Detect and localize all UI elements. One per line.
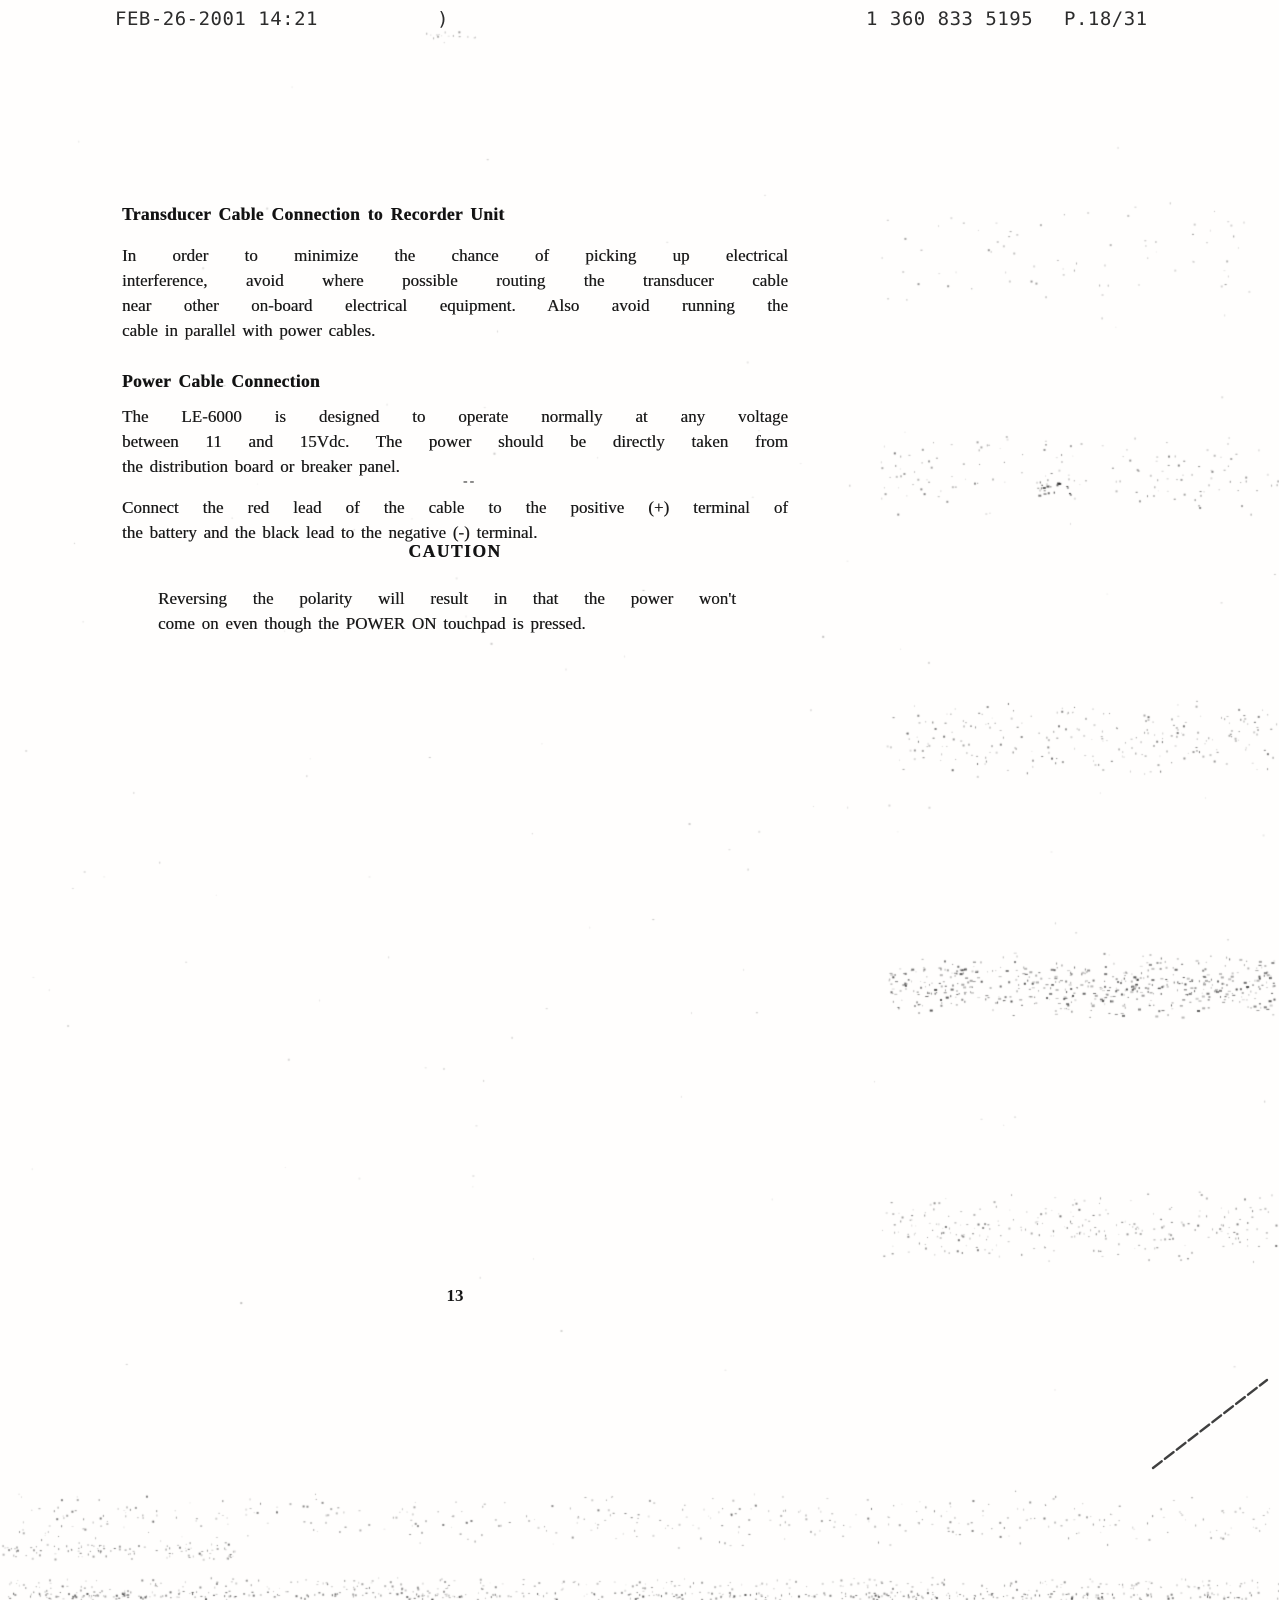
power-paragraph-1: The LE-6000 is designed to operate norma… — [122, 404, 788, 479]
diagonal-line — [1153, 1380, 1267, 1468]
fax-scanned-page: FEB-26-2001 14:21 ) 1 360 833 5195 P.18/… — [0, 0, 1279, 1600]
fax-header: FEB-26-2001 14:21 ) 1 360 833 5195 P.18/… — [0, 8, 1279, 38]
caution-paragraph: Reversing the polarity will result in th… — [158, 586, 736, 636]
page-number: 13 — [122, 1286, 788, 1306]
paragraph-line: cable in parallel with power cables. — [122, 318, 788, 343]
power-section-heading: Power Cable Connection — [122, 371, 320, 392]
paragraph-line: Reversing the polarity will result in th… — [158, 586, 736, 611]
paragraph-line: the distribution board or breaker panel. — [122, 454, 788, 479]
paragraph-line: Connect the red lead of the cable to the… — [122, 495, 788, 520]
fax-artifact-glyph: ) — [437, 8, 449, 30]
paragraph-line: near other on-board electrical equipment… — [122, 293, 788, 318]
paragraph-line: interference, avoid where possible routi… — [122, 268, 788, 293]
stray-dash-mark: -- — [463, 474, 476, 490]
scan-streak-line — [1115, 1358, 1275, 1483]
caution-heading: CAUTION — [122, 541, 788, 562]
paragraph-line: come on even though the POWER ON touchpa… — [158, 611, 736, 636]
scan-noise-speckle — [0, 0, 1279, 1600]
paragraph-line: In order to minimize the chance of picki… — [122, 243, 788, 268]
fax-page-indicator: P.18/31 — [1064, 8, 1148, 30]
paragraph-line: between 11 and 15Vdc. The power should b… — [122, 429, 788, 454]
paragraph-line: The LE-6000 is designed to operate norma… — [122, 404, 788, 429]
fax-number: 1 360 833 5195 — [866, 8, 1033, 30]
fax-timestamp: FEB-26-2001 14:21 — [115, 8, 318, 30]
transducer-section-heading: Transducer Cable Connection to Recorder … — [122, 204, 505, 225]
transducer-paragraph: In order to minimize the chance of picki… — [122, 243, 788, 343]
power-paragraph-2: Connect the red lead of the cable to the… — [122, 495, 788, 545]
